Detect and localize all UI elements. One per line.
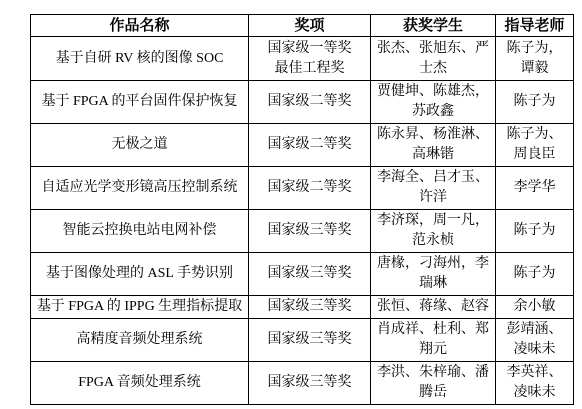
students-cell: 陈永昇、杨淮淋、 高琳锴	[371, 124, 496, 167]
teachers-cell: 余小敏	[496, 296, 574, 319]
students-cell: 李海全、吕才玉、 许洋	[371, 167, 496, 210]
work-name-cell: 基于 FPGA 的 IPPG 生理指标提取	[31, 296, 249, 319]
table-header-row: 作品名称 奖项 获奖学生 指导老师	[31, 15, 574, 37]
teachers-cell: 陈子为	[496, 81, 574, 124]
students-cell: 肖成祥、杜利、郑 翔元	[371, 319, 496, 362]
teachers-cell: 李英祥、 凌味未	[496, 362, 574, 405]
students-cell: 唐椽，刁海州，李 瑞琳	[371, 253, 496, 296]
teachers-cell: 陈子为	[496, 210, 574, 253]
award-cell: 国家级二等奖	[249, 167, 371, 210]
teachers-cell: 陈子为	[496, 253, 574, 296]
teachers-cell: 陈子为， 谭毅	[496, 37, 574, 81]
students-cell: 张杰、张旭东、严 士杰	[371, 37, 496, 81]
table-row: 基于自研 RV 核的图像 SOC 国家级一等奖 最佳工程奖 张杰、张旭东、严 士…	[31, 37, 574, 81]
table-row: 无极之道 国家级二等奖 陈永昇、杨淮淋、 高琳锴 陈子为、 周良臣	[31, 124, 574, 167]
students-cell: 李济琛，周一凡， 范永桢	[371, 210, 496, 253]
table-row: 自适应光学变形镜高压控制系统 国家级二等奖 李海全、吕才玉、 许洋 李学华	[31, 167, 574, 210]
table-row: 智能云控换电站电网补偿 国家级三等奖 李济琛，周一凡， 范永桢 陈子为	[31, 210, 574, 253]
award-cell: 国家级二等奖	[249, 81, 371, 124]
students-cell: 贾健坤、陈雄杰， 苏政鑫	[371, 81, 496, 124]
header-work-name: 作品名称	[31, 15, 249, 37]
award-cell: 国家级三等奖	[249, 253, 371, 296]
work-name-cell: 无极之道	[31, 124, 249, 167]
work-name-cell: 基于 FPGA 的平台固件保护恢复	[31, 81, 249, 124]
work-name-cell: 高精度音频处理系统	[31, 319, 249, 362]
table-row: FPGA 音频处理系统 国家级三等奖 李洪、朱梓瑜、潘 腾岳 李英祥、 凌味未	[31, 362, 574, 405]
award-cell: 国家级三等奖	[249, 319, 371, 362]
award-cell: 国家级三等奖	[249, 210, 371, 253]
teachers-cell: 李学华	[496, 167, 574, 210]
award-cell: 国家级一等奖 最佳工程奖	[249, 37, 371, 81]
award-cell: 国家级二等奖	[249, 124, 371, 167]
teachers-cell: 陈子为、 周良臣	[496, 124, 574, 167]
work-name-cell: 智能云控换电站电网补偿	[31, 210, 249, 253]
table-row: 基于 FPGA 的 IPPG 生理指标提取 国家级三等奖 张恒、蒋缘、赵容 余小…	[31, 296, 574, 319]
work-name-cell: 自适应光学变形镜高压控制系统	[31, 167, 249, 210]
work-name-cell: 基于自研 RV 核的图像 SOC	[31, 37, 249, 81]
award-cell: 国家级三等奖	[249, 296, 371, 319]
award-cell: 国家级三等奖	[249, 362, 371, 405]
table-row: 基于图像处理的 ASL 手势识别 国家级三等奖 唐椽，刁海州，李 瑞琳 陈子为	[31, 253, 574, 296]
work-name-cell: FPGA 音频处理系统	[31, 362, 249, 405]
page-background: 作品名称 奖项 获奖学生 指导老师 基于自研 RV 核的图像 SOC 国家级一等…	[0, 0, 582, 409]
awards-table: 作品名称 奖项 获奖学生 指导老师 基于自研 RV 核的图像 SOC 国家级一等…	[30, 14, 574, 405]
table-row: 基于 FPGA 的平台固件保护恢复 国家级二等奖 贾健坤、陈雄杰， 苏政鑫 陈子…	[31, 81, 574, 124]
students-cell: 李洪、朱梓瑜、潘 腾岳	[371, 362, 496, 405]
students-cell: 张恒、蒋缘、赵容	[371, 296, 496, 319]
header-teachers: 指导老师	[496, 15, 574, 37]
header-students: 获奖学生	[371, 15, 496, 37]
teachers-cell: 彭靖涵、 凌味未	[496, 319, 574, 362]
table-row: 高精度音频处理系统 国家级三等奖 肖成祥、杜利、郑 翔元 彭靖涵、 凌味未	[31, 319, 574, 362]
header-award: 奖项	[249, 15, 371, 37]
work-name-cell: 基于图像处理的 ASL 手势识别	[31, 253, 249, 296]
